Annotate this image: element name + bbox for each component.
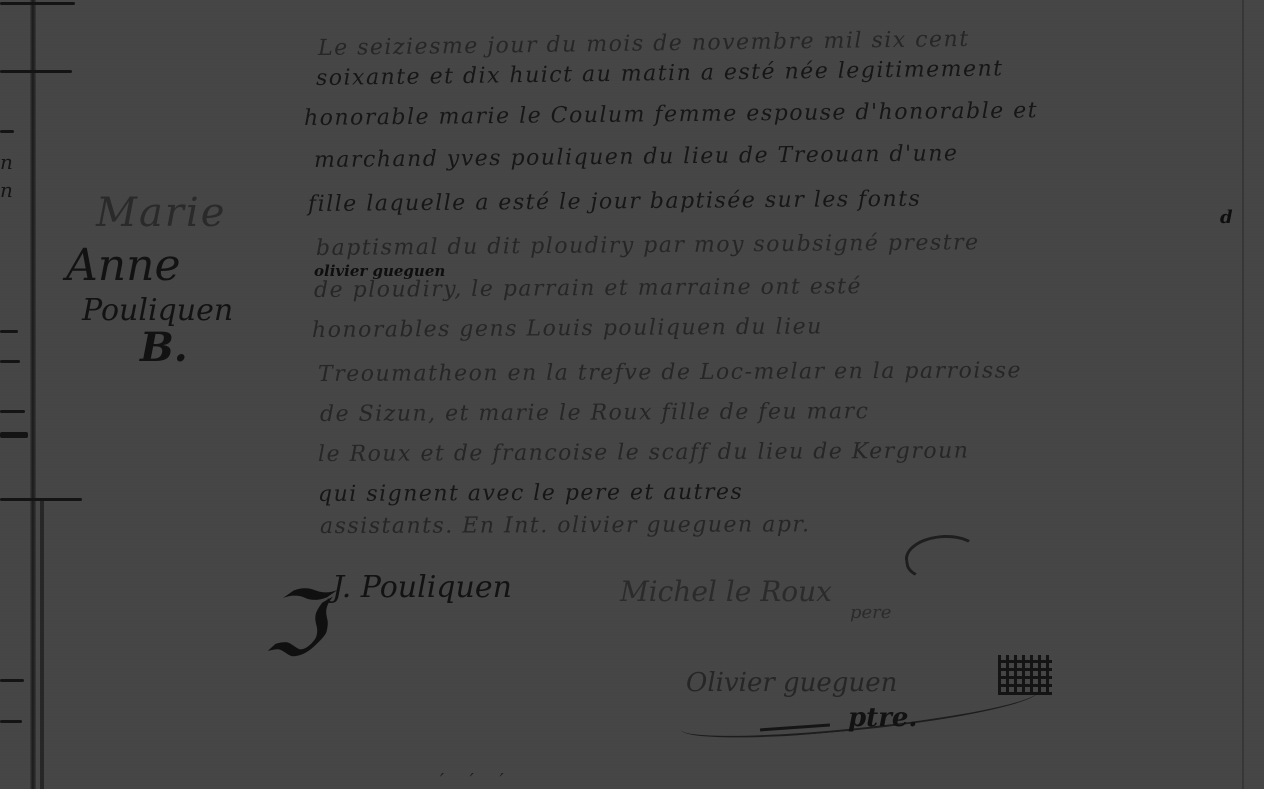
- entry-line: Treoumatheon en la trefve de Loc-melar e…: [318, 358, 1022, 387]
- margin-surname: Pouliquen: [82, 293, 280, 328]
- entry-line: baptismal du dit ploudiry par moy soubsi…: [316, 230, 980, 261]
- edge-fragment: n: [0, 150, 13, 174]
- margin-tick: [0, 498, 82, 501]
- margin-tick: [0, 70, 72, 73]
- margin-tick: [0, 2, 75, 5]
- margin-baptism-mark: B.: [140, 324, 280, 371]
- entry-line: assistants. En Int. olivier gueguen apr.: [320, 512, 811, 539]
- left-margin-rule-lower: [40, 500, 44, 789]
- margin-tick: [0, 720, 22, 723]
- left-margin-rule: [30, 0, 36, 789]
- manuscript-page: n n Marie Anne Pouliquen B. Le seiziesme…: [0, 0, 1264, 789]
- edge-fragment: n: [0, 178, 13, 202]
- margin-first-name: Marie: [96, 190, 280, 236]
- entry-line: qui signent avec le pere et autres: [318, 480, 743, 507]
- entry-line: fille laquelle a esté le jour baptisée s…: [308, 187, 922, 217]
- entry-line: honorable marie le Coulum femme espouse …: [304, 98, 1038, 131]
- paraph-flourish-icon: [902, 530, 983, 584]
- margin-annotation: Marie Anne Pouliquen B.: [60, 190, 280, 371]
- signature-flourish-icon: ℑ: [262, 580, 325, 670]
- signature-priest-role: ptre.: [848, 703, 917, 733]
- entry-line: de ploudiry, le parrain et marraine ont …: [314, 274, 862, 303]
- signature-second: Michel le Roux: [620, 575, 832, 608]
- margin-tick: [0, 410, 25, 413]
- signature-father: ℑ J. Pouliquen: [262, 570, 512, 605]
- entry-line: le Roux et de francoise le scaff du lieu…: [318, 439, 970, 467]
- margin-second-name: Anne: [66, 240, 280, 291]
- margin-tick: [0, 679, 24, 682]
- entry-line: Le seiziesme jour du mois de novembre mi…: [318, 27, 970, 61]
- entry-line: de Sizun, et marie le Roux fille de feu …: [320, 399, 870, 427]
- next-entry-fragment: ′ ′ ′: [440, 770, 514, 789]
- margin-tick: [0, 432, 28, 438]
- superscript-note: d: [1220, 207, 1233, 228]
- margin-tick: [0, 330, 18, 333]
- entry-line: soixante et dix huict au matin a esté né…: [316, 56, 1004, 91]
- margin-tick: [0, 130, 14, 133]
- entry-line: marchand yves pouliquen du lieu de Treou…: [314, 141, 959, 173]
- margin-tick: [0, 360, 20, 363]
- entry-line: honorables gens Louis pouliquen du lieu: [312, 314, 823, 343]
- signature-second-role: pere: [850, 602, 891, 623]
- right-edge-crease: [1242, 0, 1244, 789]
- signature-father-name: J. Pouliquen: [332, 570, 512, 605]
- grid-mark-icon: [998, 655, 1052, 695]
